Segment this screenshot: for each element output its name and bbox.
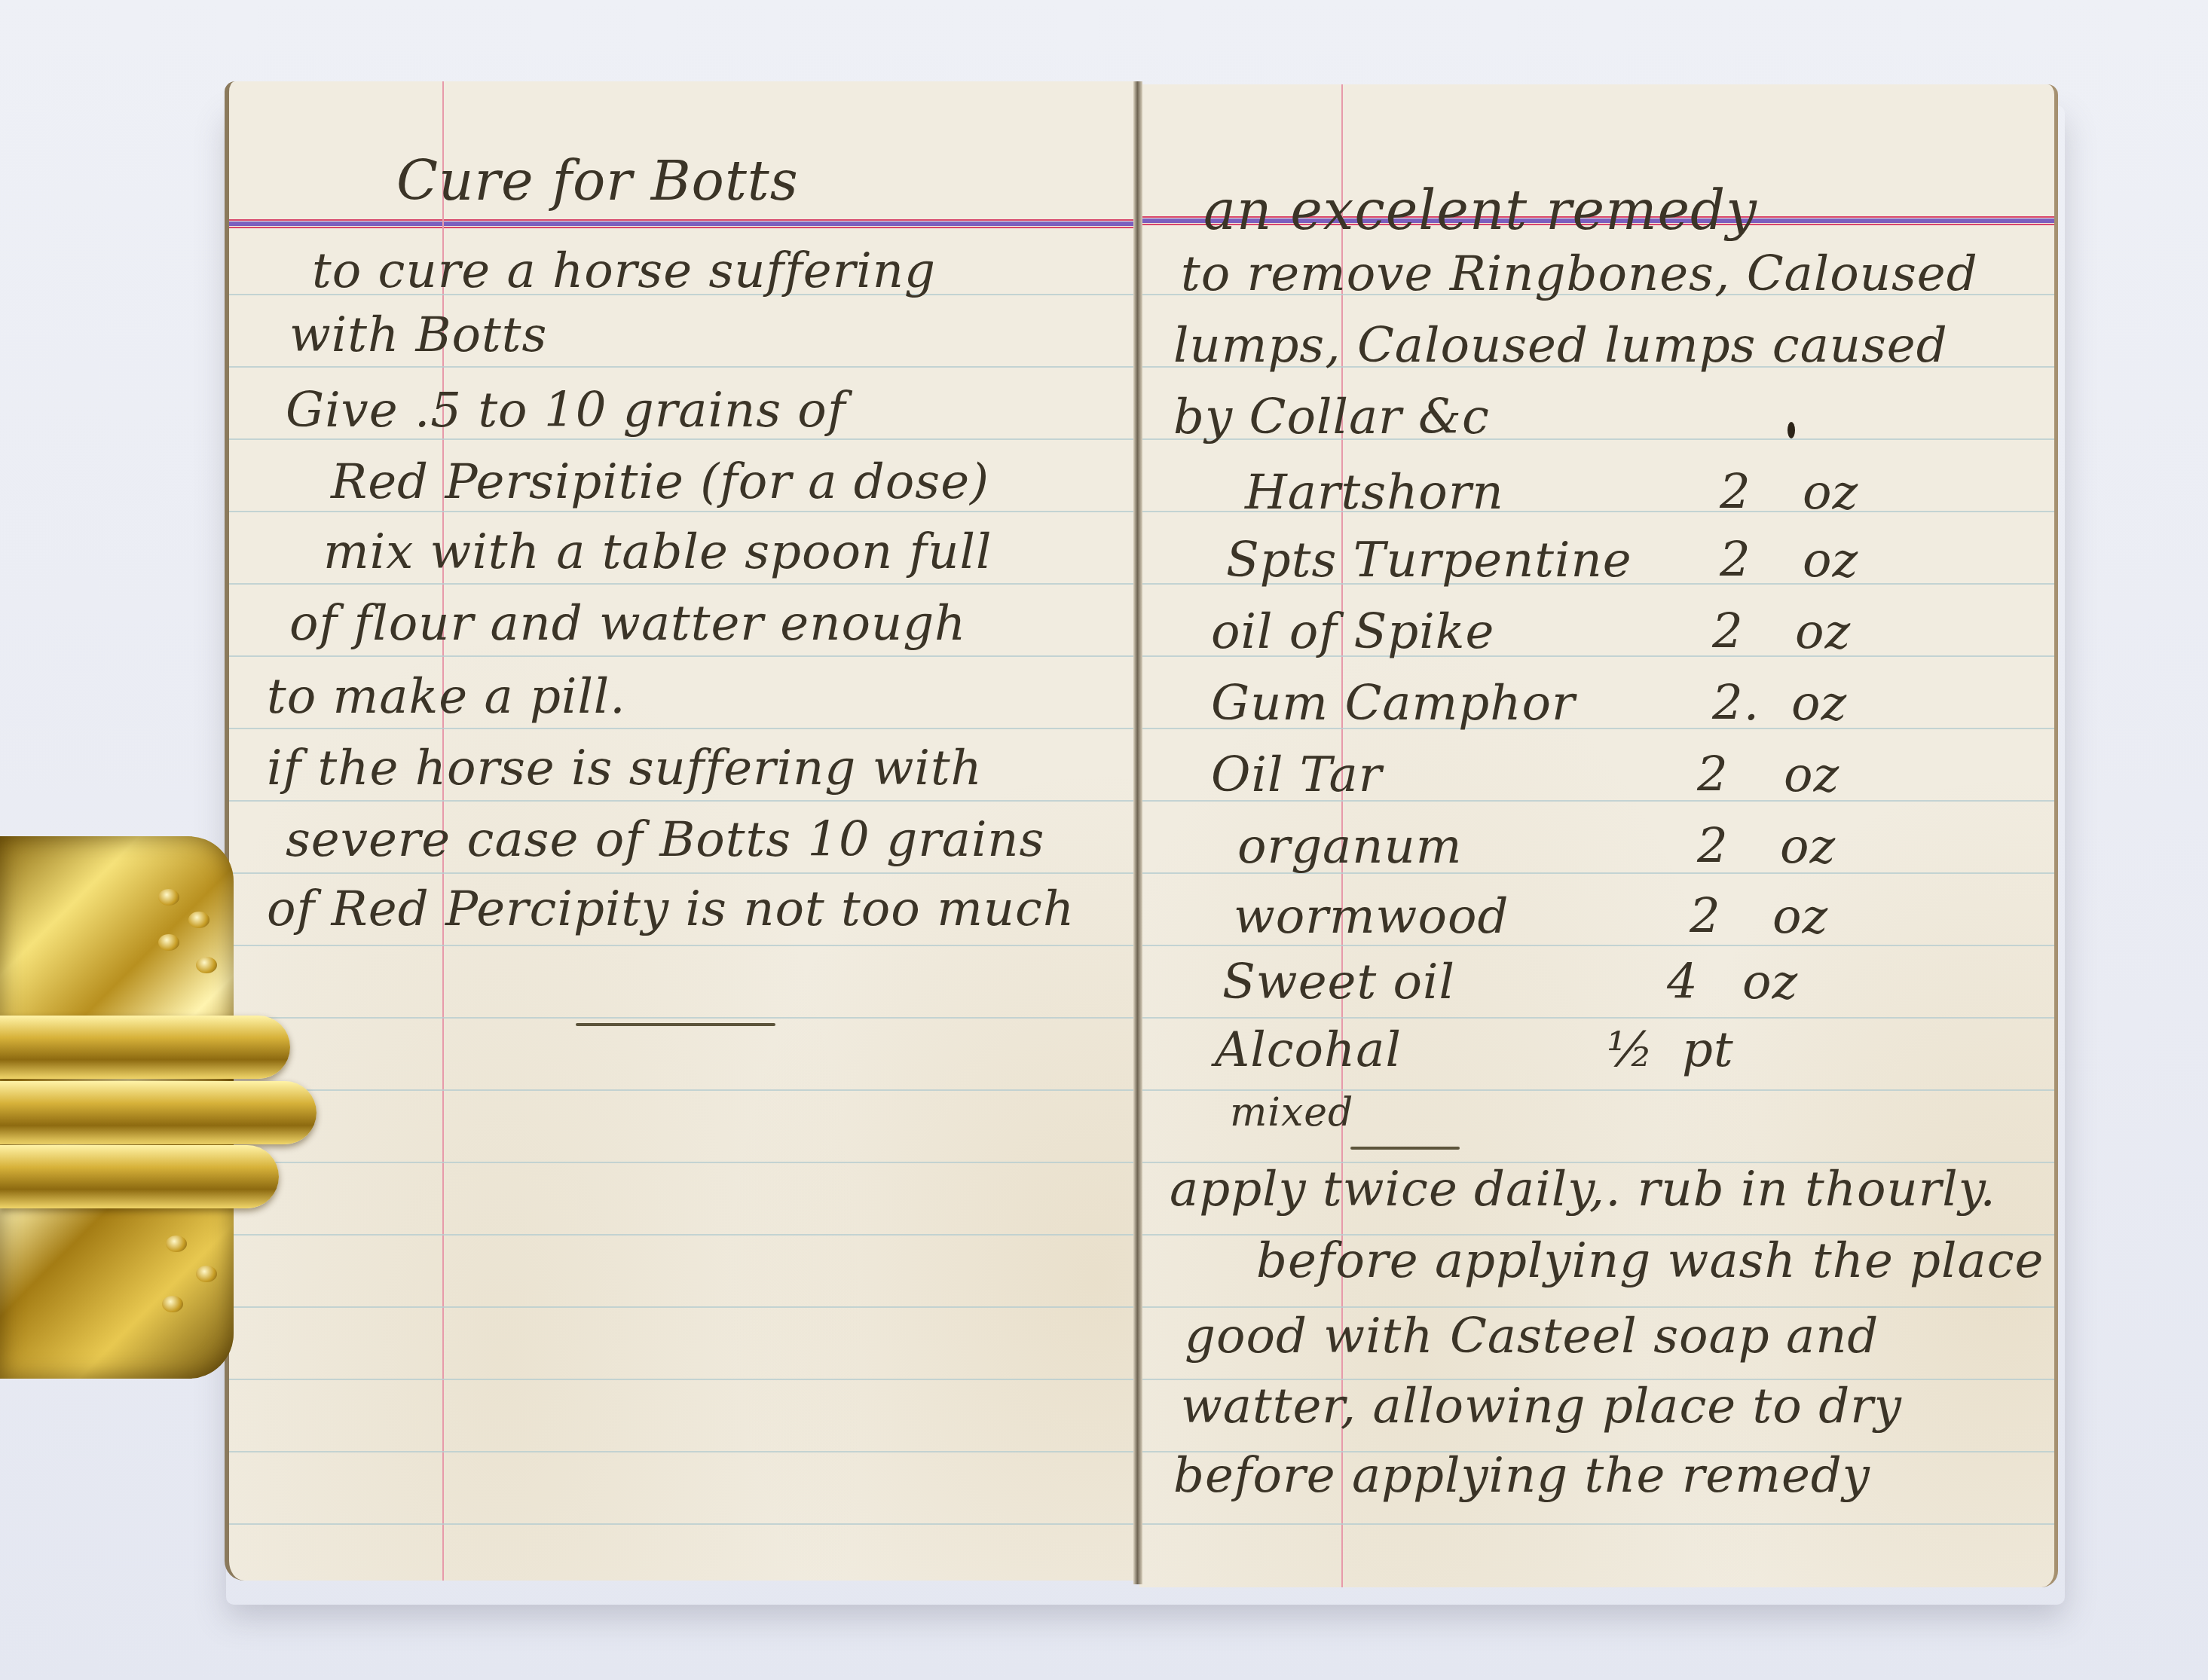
ruled-line bbox=[1139, 1017, 2054, 1019]
ruled-line bbox=[229, 872, 1142, 874]
text-line: of Red Percipity is not too much bbox=[267, 881, 1075, 937]
text-line: to make a pill. bbox=[267, 669, 626, 725]
left-page: Cure for Botts to cure a horse suffering… bbox=[225, 81, 1142, 1581]
ingredient-name: Gum Camphor bbox=[1211, 676, 1576, 732]
text-line: lumps, Caloused lumps caused bbox=[1173, 318, 1948, 374]
ingredient-name: Oil Tar bbox=[1211, 747, 1382, 803]
text-line: if the horse is suffering with bbox=[267, 741, 983, 796]
clip-finger bbox=[0, 1081, 317, 1144]
ingredient-unit: oz bbox=[1742, 955, 1798, 1010]
mixed-label: mixed bbox=[1230, 1090, 1353, 1135]
page-title: Cure for Botts bbox=[396, 149, 799, 212]
text-line: Red Persipitie (for a dose) bbox=[331, 454, 989, 510]
ingredient-unit: oz bbox=[1795, 604, 1851, 660]
ingredient-unit: oz bbox=[1784, 747, 1839, 803]
clip-finger bbox=[0, 1145, 279, 1208]
ingredient-name: wormwood bbox=[1234, 889, 1509, 945]
ruled-line bbox=[229, 583, 1142, 585]
ingredient-name: Hartshorn bbox=[1245, 465, 1504, 521]
book-spine bbox=[1133, 81, 1142, 1584]
brass-clip bbox=[0, 814, 317, 1401]
ruled-line bbox=[229, 1451, 1142, 1452]
text-line: of flour and watter enough bbox=[289, 596, 966, 652]
instruction-line: before applying wash the place bbox=[1256, 1233, 2044, 1289]
ingredient-qty: 2 bbox=[1712, 604, 1744, 660]
clip-ornament bbox=[196, 957, 217, 973]
ingredient-name: Spts Turpentine bbox=[1226, 533, 1632, 588]
ruled-line bbox=[229, 1017, 1142, 1019]
ingredient-qty: ½ bbox=[1607, 1022, 1654, 1078]
clip-ornament bbox=[158, 889, 179, 906]
instruction-line: before applying the remedy bbox=[1173, 1448, 1870, 1504]
header-rule bbox=[229, 219, 1142, 228]
instruction-line: good with Casteel soap and bbox=[1185, 1309, 1879, 1364]
ingredient-qty: 2 bbox=[1720, 465, 1751, 521]
clip-finger bbox=[0, 1016, 290, 1079]
ruled-line bbox=[229, 1523, 1142, 1525]
ingredient-unit: oz bbox=[1780, 819, 1836, 875]
clip-ornament bbox=[196, 1266, 217, 1282]
text-line: by Collar &c bbox=[1173, 389, 1490, 445]
ingredient-qty: 2 bbox=[1690, 889, 1721, 945]
ingredient-qty: 2 bbox=[1697, 747, 1729, 803]
clip-ornament bbox=[162, 1296, 183, 1312]
ingredient-qty: 2 bbox=[1697, 819, 1729, 875]
ingredient-unit: oz bbox=[1803, 533, 1858, 588]
ruled-line bbox=[229, 1306, 1142, 1308]
ruled-line bbox=[1139, 945, 2054, 946]
ruled-line bbox=[229, 1089, 1142, 1091]
page-title: an excelent remedy bbox=[1203, 179, 1757, 242]
ingredient-qty: 2 bbox=[1720, 533, 1751, 588]
ingredient-unit: pt bbox=[1682, 1022, 1734, 1078]
ingredient-unit: oz bbox=[1772, 889, 1828, 945]
instruction-line: watter, allowing place to dry bbox=[1181, 1379, 1902, 1434]
ruled-line bbox=[229, 728, 1142, 729]
clip-ornament bbox=[158, 934, 179, 951]
ingredient-name: organum bbox=[1237, 819, 1462, 875]
ruled-line bbox=[229, 655, 1142, 657]
ingredient-name: Sweet oil bbox=[1222, 955, 1455, 1010]
text-line: to cure a horse suffering bbox=[312, 243, 936, 299]
right-page: an excelent remedy to remove Ringbones, … bbox=[1139, 84, 2058, 1587]
ruled-line bbox=[229, 945, 1142, 946]
ingredient-qty: 2. bbox=[1712, 676, 1760, 732]
text-line: mix with a table spoon full bbox=[323, 524, 992, 580]
ingredient-unit: oz bbox=[1791, 676, 1847, 732]
ruled-line bbox=[1139, 1523, 2054, 1525]
text-line: Give .5 to 10 grains of bbox=[286, 383, 846, 438]
ruled-line bbox=[1139, 1306, 2054, 1308]
ruled-line bbox=[229, 438, 1142, 440]
text-line: to remove Ringbones, Caloused bbox=[1181, 246, 1978, 302]
ingredient-name: oil of Spike bbox=[1211, 604, 1494, 660]
ruled-line bbox=[229, 800, 1142, 802]
separator-dash bbox=[1350, 1147, 1460, 1150]
separator-dash bbox=[576, 1023, 775, 1026]
ruled-line bbox=[229, 1379, 1142, 1380]
ink-blot bbox=[1788, 422, 1795, 438]
ruled-line bbox=[229, 511, 1142, 512]
ruled-line bbox=[229, 1162, 1142, 1163]
ingredient-unit: oz bbox=[1803, 465, 1858, 521]
text-line: severe case of Botts 10 grains bbox=[286, 812, 1044, 868]
ruled-line bbox=[229, 366, 1142, 368]
instruction-line: apply twice daily,. rub in thourly. bbox=[1170, 1162, 1996, 1217]
text-line: with Botts bbox=[289, 307, 547, 363]
ingredient-name: Alcohal bbox=[1215, 1022, 1402, 1078]
ruled-line bbox=[229, 1234, 1142, 1236]
clip-ornament bbox=[166, 1236, 187, 1252]
clip-ornament bbox=[188, 912, 209, 928]
ingredient-qty: 4 bbox=[1667, 955, 1699, 1010]
